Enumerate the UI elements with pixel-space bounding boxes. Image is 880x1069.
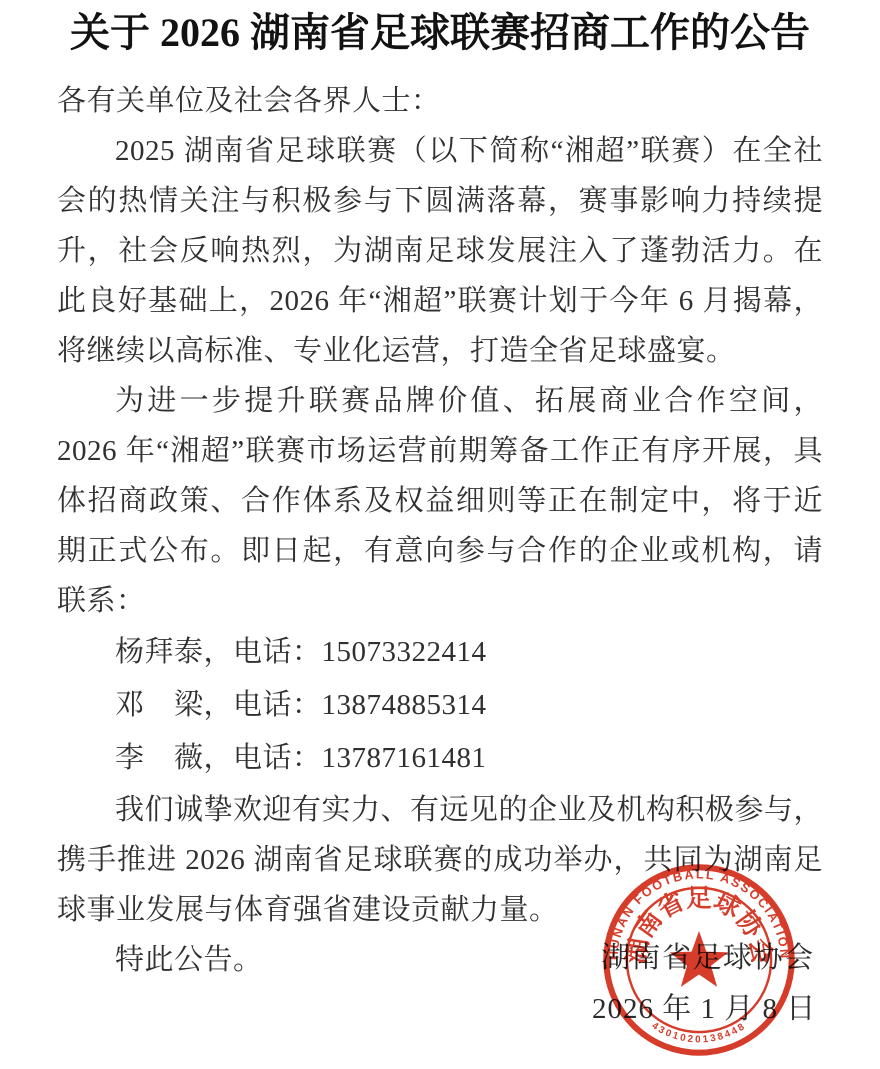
announcement-document: 关于 2026 湖南省足球联赛招商工作的公告 各有关单位及社会各界人士： 202… [0, 0, 880, 1069]
contact-phone: 13874885314 [322, 689, 487, 721]
contact-name: 邓 梁 [115, 689, 204, 721]
signer-name: 湖南省足球协会 [601, 935, 815, 976]
contact-name: 李 薇 [115, 742, 204, 774]
contact-line: 邓 梁，电话：13874885314 [57, 679, 823, 732]
paragraph-sponsorship-plan: 为进一步提升联赛品牌价值、拓展商业合作空间，2026 年“湘超”联赛市场运营前期… [57, 376, 823, 626]
contact-phone-label: ，电话： [204, 689, 322, 721]
paragraph-league-recap: 2025 湖南省足球联赛（以下简称“湘超”联赛）在全社会的热情关注与积极参与下圆… [57, 126, 823, 376]
document-title: 关于 2026 湖南省足球联赛招商工作的公告 [57, 8, 823, 58]
salutation-line: 各有关单位及社会各界人士： [57, 76, 823, 126]
signature-block: HUNAN FOOTBALL ASSOCIATION 湖南省足球协会 43010… [0, 853, 880, 1069]
document-content: 关于 2026 湖南省足球联赛招商工作的公告 各有关单位及社会各界人士： 202… [0, 0, 880, 985]
contact-line: 杨拜泰，电话：15073322414 [57, 626, 823, 679]
contact-phone-label: ，电话： [204, 742, 322, 774]
announcement-date: 2026 年 1 月 8 日 [592, 986, 816, 1027]
contact-phone: 13787161481 [322, 742, 487, 774]
contact-name: 杨拜泰 [115, 636, 204, 668]
contact-phone: 15073322414 [322, 636, 487, 668]
contact-line: 李 薇，电话：13787161481 [57, 732, 823, 785]
contact-phone-label: ，电话： [204, 636, 322, 668]
